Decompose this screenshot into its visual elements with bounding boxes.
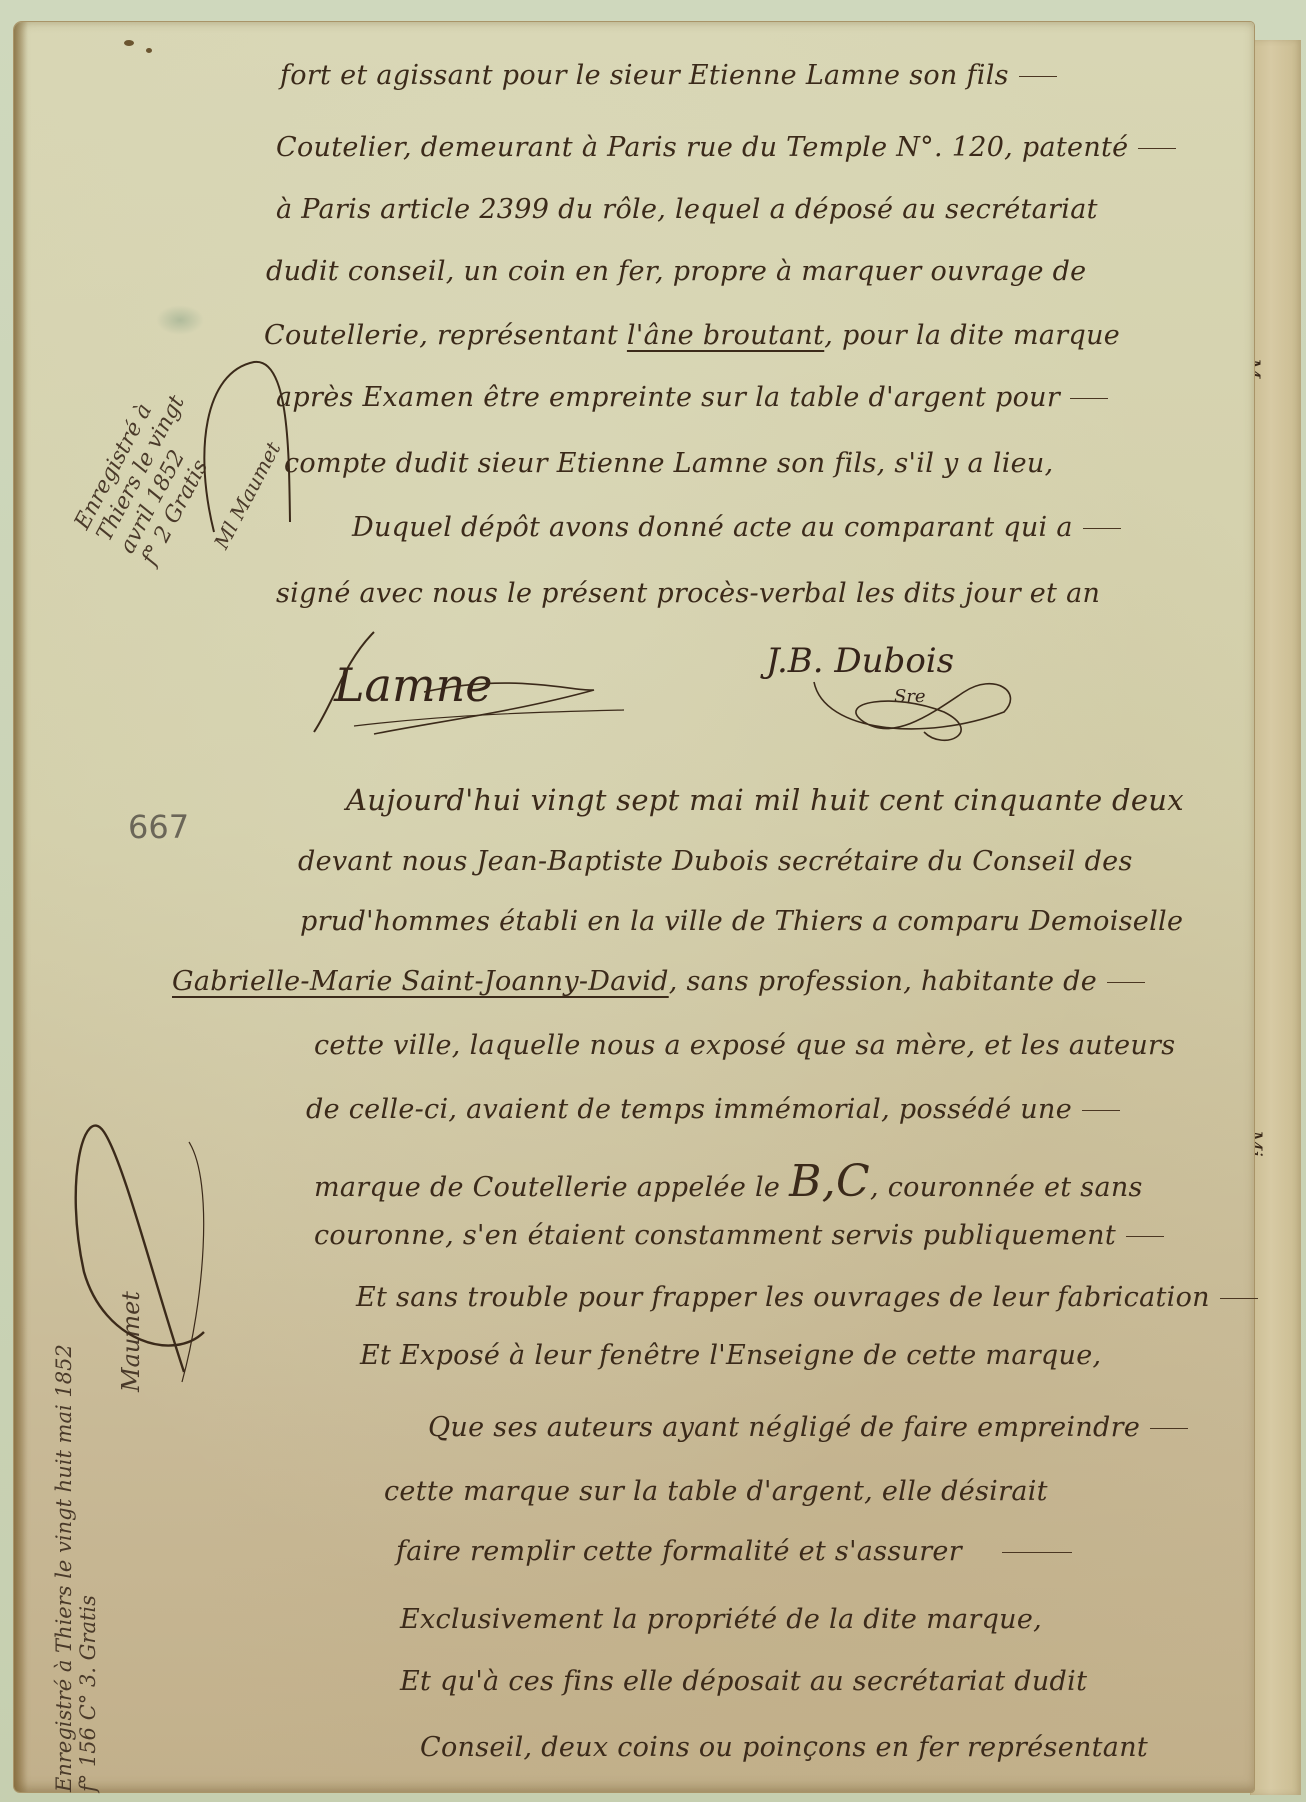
text-line-9: signé avec nous le présent procès-verbal… (276, 580, 1100, 607)
text-line-17: couronne, s'en étaient constamment servi… (314, 1222, 1164, 1249)
text-line-1: fort et agissant pour le sieur Etienne L… (280, 62, 1057, 89)
margin-signature-flourish-top (194, 332, 304, 562)
text-line-13: Gabrielle-Marie Saint-Joanny-David, sans… (172, 968, 1145, 995)
text-line-10: Aujourd'hui vingt sept mai mil huit cent… (346, 786, 1184, 815)
text-line-5: Coutellerie, représentant l'âne broutant… (264, 322, 1120, 349)
underlined-name-gabrielle: Gabrielle-Marie Saint-Joanny-David (172, 966, 669, 997)
document-page: fort et agissant pour le sieur Etienne L… (14, 22, 1254, 1792)
text-line-7: compte dudit sieur Etienne Lamne son fil… (284, 450, 1053, 477)
text-line-8: Duquel dépôt avons donné acte au compara… (352, 514, 1121, 541)
stamp-smudge (156, 305, 204, 335)
text-line-11: devant nous Jean-Baptiste Dubois secréta… (298, 848, 1133, 875)
text-line-22: faire remplir cette formalité et s'assur… (396, 1538, 1072, 1565)
text-line-3: à Paris article 2399 du rôle, lequel a d… (276, 196, 1098, 223)
ink-spot (124, 40, 134, 46)
text-line-18: Et sans trouble pour frapper les ouvrage… (356, 1284, 1258, 1311)
text-line-6: après Examen être empreinte sur la table… (276, 384, 1108, 411)
margin-signature-flourish-bottom (64, 1102, 224, 1402)
text-line-12: prud'hommes établi en la ville de Thiers… (300, 908, 1183, 935)
text-line-25: Conseil, deux coins ou poinçons en fer r… (420, 1734, 1148, 1761)
text-line-14: cette ville, laquelle nous a exposé que … (314, 1032, 1175, 1059)
underlined-mark-name: l'âne broutant (627, 320, 824, 351)
text-line-19: Et Exposé à leur fenêtre l'Enseigne de c… (360, 1342, 1101, 1369)
text-line-24: Et qu'à ces fins elle déposait au secrét… (400, 1668, 1087, 1695)
ink-spot (146, 48, 152, 53)
page-number: 667 (128, 808, 189, 846)
text-line-20: Que ses auteurs ayant négligé de faire e… (428, 1414, 1188, 1441)
margin-note-registration-bottom: Enregistré à Thiers le vingt huit mai 18… (52, 1344, 100, 1792)
signature-flourish-right (804, 662, 1024, 752)
text-line-15: de celle-ci, avaient de temps immémorial… (306, 1096, 1120, 1123)
text-line-2: Coutelier, demeurant à Paris rue du Temp… (276, 134, 1176, 161)
mark-initials: B,C (789, 1156, 870, 1207)
text-line-23: Exclusivement la propriété de la dite ma… (400, 1606, 1042, 1633)
text-line-21: cette marque sur la table d'argent, elle… (384, 1478, 1048, 1505)
underlying-page-edge: M. Mi (1250, 40, 1301, 1795)
text-line-4: dudit conseil, un coin en fer, propre à … (266, 258, 1086, 285)
text-line-16: marque de Coutellerie appelée le B,C, co… (314, 1160, 1143, 1204)
signature-flourish-left (314, 622, 634, 742)
